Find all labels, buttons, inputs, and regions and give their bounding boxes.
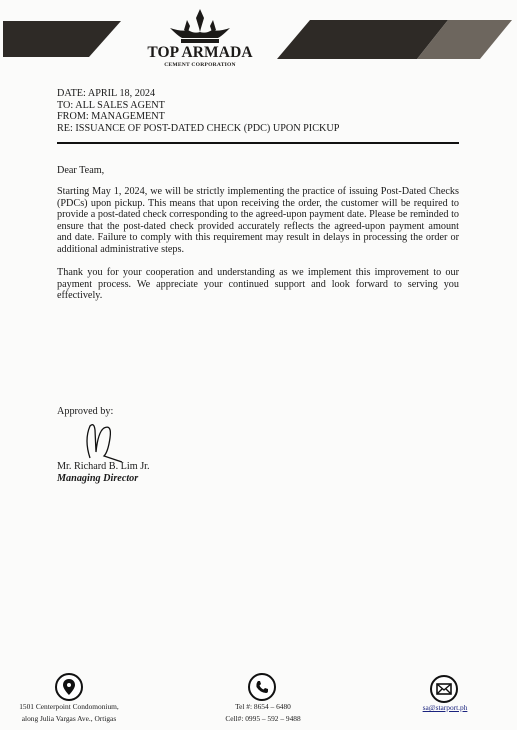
cell-number: Cell#: 0995 – 592 – 9488 (210, 713, 316, 725)
envelope-icon (430, 675, 458, 703)
company-name: TOP ARMADA (140, 44, 260, 62)
signer-name: Mr. Richard B. Lim Jr. (57, 461, 150, 473)
signature-image (82, 422, 132, 464)
left-header-bar (3, 21, 121, 57)
approved-by-label: Approved by: (57, 406, 113, 417)
memo-subject: RE: ISSUANCE OF POST-DATED CHECK (PDC) U… (57, 123, 339, 135)
crown-logo-icon (160, 6, 240, 46)
memo-from: FROM: MANAGEMENT (57, 111, 339, 123)
phone-icon (248, 673, 276, 701)
salutation: Dear Team, (57, 165, 459, 177)
body-paragraph-2: Thank you for your cooperation and under… (57, 267, 459, 302)
location-pin-icon (55, 673, 83, 701)
address-line-2: along Julia Vargas Ave., Ortigas (14, 713, 124, 725)
body-paragraph-1: Starting May 1, 2024, we will be strictl… (57, 186, 459, 256)
address-line-1: 1501 Centerpoint Condomonium, (14, 701, 124, 713)
memo-to: TO: ALL SALES AGENT (57, 100, 339, 112)
memo-header: DATE: APRIL 18, 2024 TO: ALL SALES AGENT… (57, 88, 339, 134)
signer-block: Mr. Richard B. Lim Jr. Managing Director (57, 461, 150, 484)
letterhead-bars (0, 0, 517, 80)
header-divider (57, 142, 459, 144)
footer-address: 1501 Centerpoint Condomonium, along Juli… (14, 701, 124, 725)
tel-number: Tel #: 8654 – 6480 (210, 701, 316, 713)
signer-title: Managing Director (57, 473, 150, 485)
email-link[interactable]: sa@starport.ph (410, 702, 480, 714)
company-subtitle: CEMENT CORPORATION (140, 62, 260, 68)
footer-phone: Tel #: 8654 – 6480 Cell#: 0995 – 592 – 9… (210, 701, 316, 725)
memo-date: DATE: APRIL 18, 2024 (57, 88, 339, 100)
